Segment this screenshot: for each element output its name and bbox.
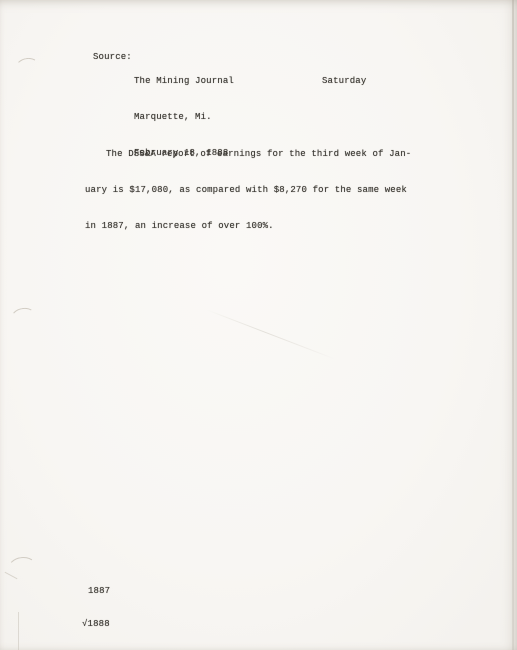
- crease-mark-middle-left: [10, 306, 38, 329]
- crease-mark-bottom-left: [7, 555, 39, 581]
- year-line-checked: √1888: [82, 619, 110, 630]
- scanned-document-page: Source: The Mining Journal Marquette, Mi…: [0, 0, 517, 650]
- body-line: The DSS&A report of earnings for the thi…: [85, 148, 411, 160]
- page-fold-edge-line: [18, 612, 19, 650]
- year-line: 1887: [82, 586, 110, 597]
- body-line: uary is $17,080, as compared with $8,270…: [85, 184, 411, 196]
- page-right-edge-shadow: [512, 0, 514, 650]
- source-line-location: Marquette, Mi.: [134, 111, 234, 123]
- diagonal-paper-crease: [206, 309, 335, 359]
- source-label: Source:: [93, 51, 132, 63]
- weekday-label: Saturday: [322, 75, 366, 87]
- body-line: in 1887, an increase of over 100%.: [85, 220, 411, 232]
- body-paragraph: The DSS&A report of earnings for the thi…: [85, 124, 411, 256]
- crease-mark-top-left: [15, 56, 40, 76]
- footer-year-annotations: 1887 √1888: [82, 564, 110, 650]
- source-line-publication: The Mining Journal: [134, 75, 234, 87]
